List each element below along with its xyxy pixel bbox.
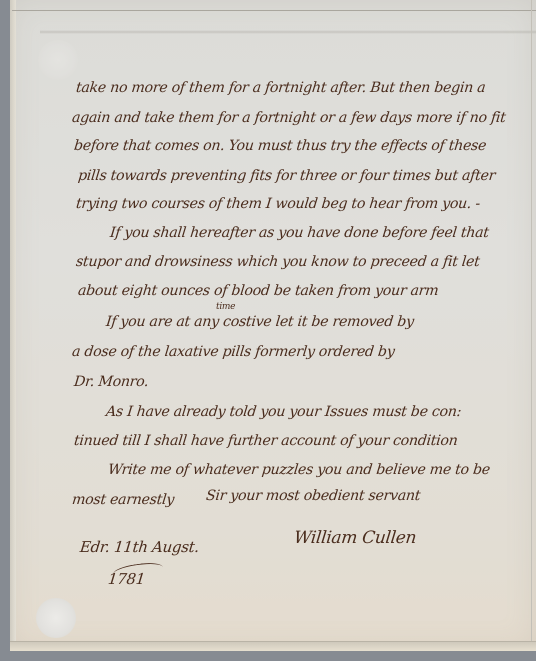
letter-line: stupor and drowsiness which you know to … xyxy=(75,254,480,270)
letter-line: again and take them for a fortnight or a… xyxy=(71,110,506,126)
letter-line: a dose of the laxative pills formerly or… xyxy=(71,344,395,360)
right-page-edge xyxy=(531,0,532,650)
paper-hole-mark xyxy=(36,598,76,638)
page-edge xyxy=(10,0,16,650)
letter-line: most earnestly xyxy=(71,492,175,508)
signature: William Cullen xyxy=(293,528,417,548)
letter-line: tinued till I shall have further account… xyxy=(73,433,458,449)
date-day: 11th xyxy=(113,538,148,556)
top-fold-shadow xyxy=(40,30,536,34)
top-fold-line xyxy=(12,10,536,11)
letter-line: about eight ounces of blood be taken fro… xyxy=(77,283,439,299)
letter-line: take no more of them for a fortnight aft… xyxy=(75,80,486,96)
letter-line: before that comes on. You must thus try … xyxy=(73,138,487,154)
letter-line: Write me of whatever puzzles you and bel… xyxy=(107,462,491,478)
letter-line: Dr. Monro. xyxy=(73,374,149,390)
closing-salutation: Sir your most obedient servant xyxy=(205,488,421,504)
letter-line: If you shall hereafter as you have done … xyxy=(109,225,489,241)
letter-line: If you are at any costive let it be remo… xyxy=(105,314,414,330)
letter-line: trying two courses of them I would beg t… xyxy=(75,196,481,212)
paper-hole-mark xyxy=(38,40,78,80)
date-place: Edr. xyxy=(79,538,111,556)
date-month: Augst. xyxy=(151,538,200,556)
interlinear-insertion: time xyxy=(216,302,235,312)
letter-line: As I have already told you your Issues m… xyxy=(105,404,462,420)
date-line: Edr. 11th Augst. xyxy=(79,538,200,556)
bottom-fold xyxy=(10,641,536,651)
letter-line: pills towards preventing fits for three … xyxy=(77,168,496,184)
